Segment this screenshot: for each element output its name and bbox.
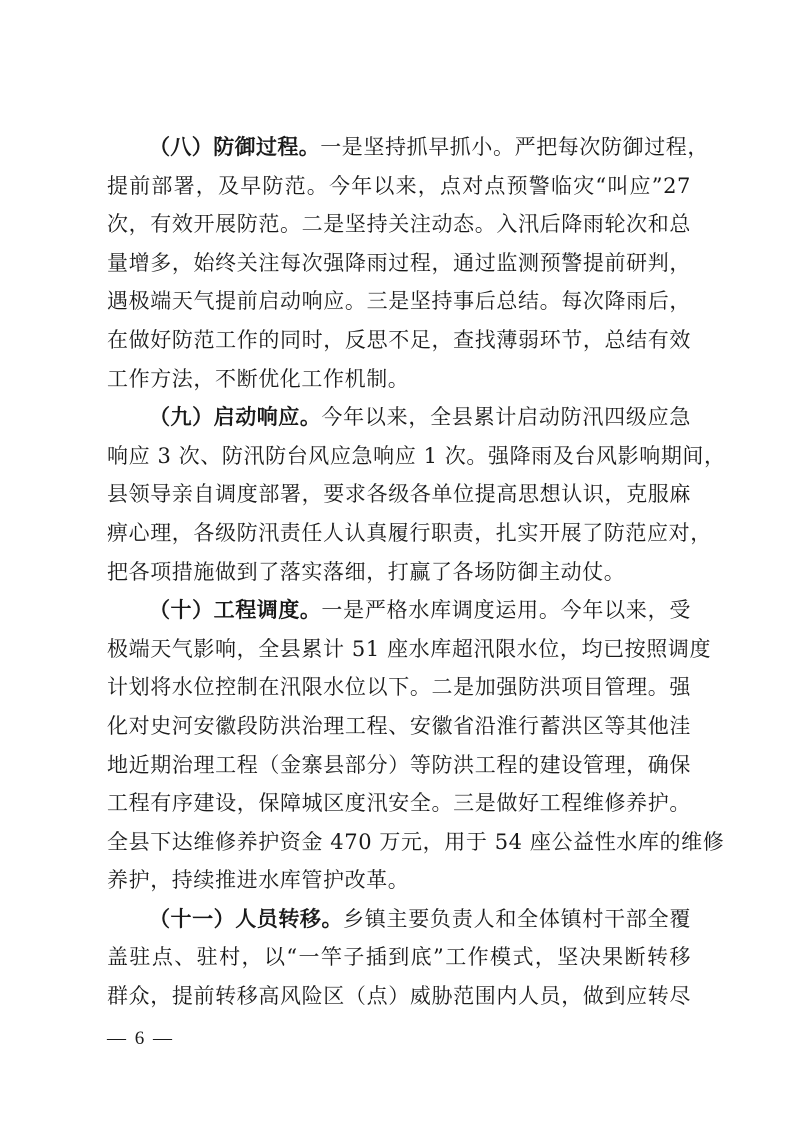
text-line: （八）防御过程。一是坚持抓早抓小。严把每次防御过程， bbox=[107, 128, 691, 167]
section-personnel-transfer: （十一）人员转移。乡镇主要负责人和全体镇村干部全覆 盖驻点、驻村，以“一竿子插到… bbox=[107, 900, 691, 1016]
section-heading: （十一）人员转移。 bbox=[149, 907, 343, 931]
document-body: （八）防御过程。一是坚持抓早抓小。严把每次防御过程， 提前部署，及早防范。今年以… bbox=[107, 128, 691, 1016]
text-line: 提前部署，及早防范。今年以来，点对点预警临灾“叫应”27 bbox=[107, 167, 691, 206]
text-line: 养护，持续推进水库管护改革。 bbox=[107, 861, 691, 900]
text-line: 工程有序建设，保障城区度汛安全。三是做好工程维修养护。 bbox=[107, 784, 691, 823]
text-line: 痹心理，各级防汛责任人认真履行职责，扎实开展了防范应对， bbox=[107, 514, 691, 553]
section-heading: （九）启动响应。 bbox=[149, 405, 321, 429]
text-line: （十）工程调度。一是严格水库调度运用。今年以来，受 bbox=[107, 591, 691, 630]
text-line: （九）启动响应。今年以来，全县累计启动防汛四级应急 bbox=[107, 398, 691, 437]
text-line: 盖驻点、驻村，以“一竿子插到底”工作模式，坚决果断转移 bbox=[107, 938, 691, 977]
section-heading: （八）防御过程。 bbox=[149, 135, 320, 159]
text-line: 次，有效开展防范。二是坚持关注动态。入汛后降雨轮次和总 bbox=[107, 205, 691, 244]
text-line: 地近期治理工程（金寨县部分）等防洪工程的建设管理，确保 bbox=[107, 746, 691, 785]
text-line: 全县下达维修养护资金 470 万元，用于 54 座公益性水库的维修 bbox=[107, 823, 691, 862]
section-engineering-dispatch: （十）工程调度。一是严格水库调度运用。今年以来，受 极端天气影响，全县累计 51… bbox=[107, 591, 691, 900]
text-line: 计划将水位控制在汛限水位以下。二是加强防洪项目管理。强 bbox=[107, 668, 691, 707]
text-line: 量增多，始终关注每次强降雨过程，通过监测预警提前研判， bbox=[107, 244, 691, 283]
text-line: 化对史河安徽段防洪治理工程、安徽省沿淮行蓄洪区等其他洼 bbox=[107, 707, 691, 746]
text-line: 遇极端天气提前启动响应。三是坚持事后总结。每次降雨后， bbox=[107, 282, 691, 321]
section-heading: （十）工程调度。 bbox=[149, 598, 321, 622]
section-defense-process: （八）防御过程。一是坚持抓早抓小。严把每次防御过程， 提前部署，及早防范。今年以… bbox=[107, 128, 691, 398]
document-page: （八）防御过程。一是坚持抓早抓小。严把每次防御过程， 提前部署，及早防范。今年以… bbox=[0, 0, 793, 1122]
text-line: 把各项措施做到了落实落细，打赢了各场防御主动仗。 bbox=[107, 553, 691, 592]
text-line: 响应 3 次、防汛防台风应急响应 1 次。强降雨及台风影响期间， bbox=[107, 437, 691, 476]
text-line: 群众，提前转移高风险区（点）威胁范围内人员，做到应转尽 bbox=[107, 977, 691, 1016]
page-number: — 6 — bbox=[107, 1028, 174, 1050]
text-line: （十一）人员转移。乡镇主要负责人和全体镇村干部全覆 bbox=[107, 900, 691, 939]
text-line: 工作方法，不断优化工作机制。 bbox=[107, 360, 691, 399]
text-line: 县领导亲自调度部署，要求各级各单位提高思想认识，克服麻 bbox=[107, 475, 691, 514]
text-line: 在做好防范工作的同时，反思不足，查找薄弱环节，总结有效 bbox=[107, 321, 691, 360]
section-emergency-response: （九）启动响应。今年以来，全县累计启动防汛四级应急 响应 3 次、防汛防台风应急… bbox=[107, 398, 691, 591]
text-line: 极端天气影响，全县累计 51 座水库超汛限水位，均已按照调度 bbox=[107, 630, 691, 669]
